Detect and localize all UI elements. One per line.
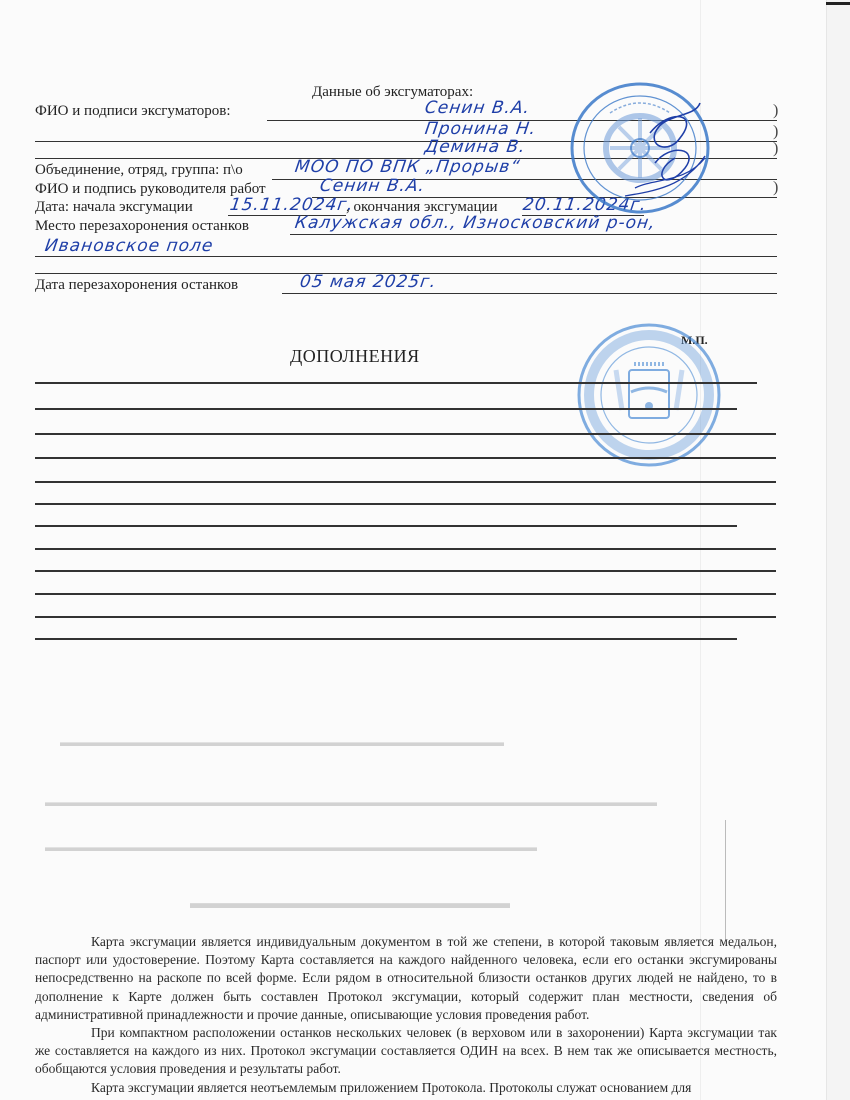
addenda-title: ДОПОЛНЕНИЯ (290, 346, 420, 367)
start-date-value: 15.11.2024г. (229, 195, 355, 215)
exhumer-name-1: Сенин В.А. (424, 98, 532, 118)
reburial-place-line-1[interactable] (290, 234, 777, 235)
bleed-through-text: ▬▬▬▬▬▬▬▬▬▬▬▬▬▬▬▬▬▬▬▬▬▬▬▬▬▬▬▬▬▬▬▬▬▬▬▬▬▬▬▬… (45, 795, 657, 810)
notes-block: Карта эксгумации является индивидуальным… (35, 933, 777, 1097)
bleed-through-text: ▬▬▬▬▬▬▬▬▬▬▬▬▬▬▬▬▬▬▬▬ (190, 895, 510, 913)
exhumation-start-label: Дата: начала эксгумации (35, 199, 193, 216)
reburial-place-value-2: Ивановское поле (44, 236, 215, 256)
paren: ) (773, 102, 778, 120)
paren: ) (773, 123, 778, 141)
addenda-line-6[interactable] (35, 503, 776, 505)
addenda-line-10[interactable] (35, 593, 776, 595)
note-paragraph-2: При компактном расположении останков нес… (35, 1024, 777, 1079)
reburial-date-value: 05 мая 2025г. (299, 272, 438, 292)
reburial-date-line[interactable] (282, 293, 777, 294)
document-page: ▬▬▬▬▬▬▬▬▬▬▬▬▬▬▬▬▬▬▬▬▬▬▬▬▬▬▬▬▬▬▬▬▬▬▬▬▬ ▬▬… (0, 0, 850, 1100)
addenda-line-9[interactable] (35, 570, 776, 572)
leader-value: Сенин В.А. (319, 176, 427, 196)
exhumers-label: ФИО и подписи эксгуматоров: (35, 103, 231, 120)
addenda-line-3[interactable] (35, 433, 776, 435)
reburial-date-label: Дата перезахоронения останков (35, 277, 238, 294)
note-paragraph-1: Карта эксгумации является индивидуальным… (35, 933, 777, 1024)
paren: ) (773, 140, 778, 158)
addenda-line-7[interactable] (35, 525, 737, 527)
reburial-place-label: Место перезахоронения останков (35, 218, 249, 235)
exhumer-name-2: Пронина Н. (424, 119, 538, 139)
addenda-line-2[interactable] (35, 408, 737, 410)
addenda-line-1[interactable] (35, 382, 757, 384)
page-edge (826, 0, 850, 1100)
unit-label: Объединение, отряд, группа: п\о (35, 162, 243, 179)
bleed-through-text: ▬▬▬▬▬▬▬▬▬▬▬▬▬▬▬▬▬▬▬▬▬▬▬▬▬▬▬▬▬▬▬▬▬▬▬▬▬▬▬▬… (45, 840, 537, 855)
bleed-through-line (725, 820, 726, 940)
note-paragraph-3: Карта эксгумации является неотъемлемым п… (35, 1079, 777, 1097)
page-edge-mark (826, 2, 850, 5)
unit-value: МОО ПО ВПК „Прорыв“ (294, 157, 522, 177)
addenda-line-11[interactable] (35, 616, 776, 618)
addenda-line-5[interactable] (35, 481, 776, 483)
administration-stamp-icon (574, 320, 724, 470)
exhumer-name-3: Демина В. (424, 137, 527, 157)
addenda-line-12[interactable] (35, 638, 737, 640)
reburial-place-line-2[interactable] (35, 256, 777, 257)
paren: ) (773, 179, 778, 197)
bleed-through-text: ▬▬▬▬▬▬▬▬▬▬▬▬▬▬▬▬▬▬▬▬▬▬▬▬▬▬▬▬▬▬▬▬▬▬▬▬▬ (60, 735, 504, 750)
organization-stamp-icon (565, 78, 715, 218)
addenda-line-8[interactable] (35, 548, 776, 550)
addenda-line-4[interactable] (35, 457, 776, 459)
